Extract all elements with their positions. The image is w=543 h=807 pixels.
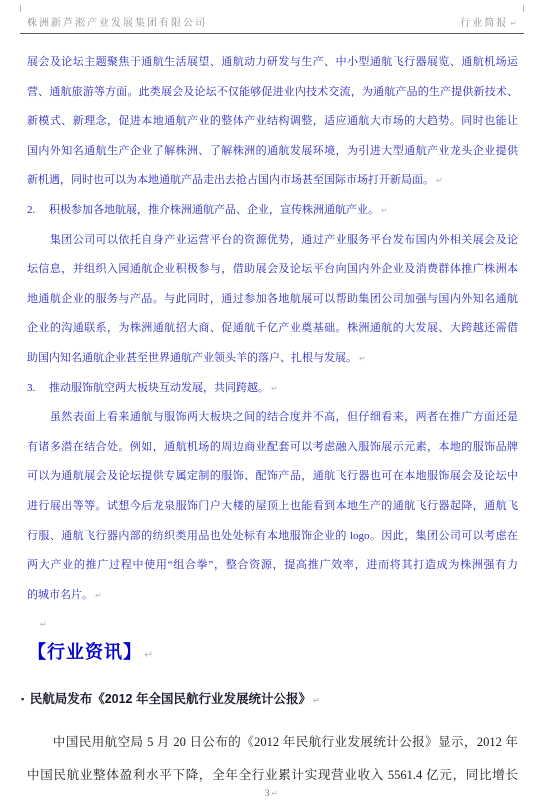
paragraph-mark: ↵	[381, 206, 388, 215]
paragraph-mark: ↵	[40, 620, 47, 629]
text-line: 2. 积极参加各地航展，推介株洲通航产品、企业，宣传株洲通航产业。↵	[27, 196, 518, 226]
text-line: 中国民用航空局 5 月 20 日公布的《2012 年民航行业发展统计公报》显示，…	[27, 726, 518, 759]
section-heading-text: 【行业资讯】	[28, 642, 142, 662]
header-label-text: 行业简报	[460, 18, 508, 29]
text-line: 坛信息，并组织入园通航企业积极参与，借助展会及论坛平台向国内外企业及消费群体推广…	[27, 255, 518, 285]
header-divider	[20, 33, 524, 34]
paragraph-mark: ↵	[313, 696, 320, 705]
crop-mark-top-right	[523, 5, 524, 12]
text-line: 可以为通航展会及论坛提供专属定制的服饰、配饰产品，通航飞行器也可在本地服饰展会及…	[27, 462, 518, 492]
text-line: 两大产业的推广过程中使用“组合拳”，整合资源，提高推广效率，进而将其打造成为株洲…	[27, 551, 518, 581]
text-line: 助国内知名通航企业甚至世界通航产业领头羊的落户、扎根与发展。↵	[27, 344, 518, 374]
news-headline: ▪ 民航局发布《2012 年全国民航行业发展统计公报》↵	[21, 691, 519, 709]
text-line: 进行展出等等。试想今后龙泉服饰门户大楼的屋顶上也能看到本地生产的通航飞行器起降，…	[27, 492, 518, 522]
text-line: 新模式、新理念，促进本地通航产业的整体产业结构调整，适应通航大市场的大趋势。同时…	[27, 107, 518, 137]
text-line: 虽然表面上看来通航与服饰两大板块之间的结合度并不高，但仔细看来，两者在推广方面还…	[27, 403, 518, 433]
page-header: 株洲新芦淞产业发展集团有限公司 行业简报↵	[27, 14, 519, 29]
document-page: 株洲新芦淞产业发展集团有限公司 行业简报↵ 展会及论坛主题聚焦于通航生活展望、通…	[0, 0, 543, 807]
paragraph-mark: ↵	[144, 648, 154, 661]
text-line: 营、通航旅游等方面。此类展会及论坛不仅能够促进业内技术交流，为通航产品的生产提供…	[27, 78, 518, 108]
header-company-name: 株洲新芦淞产业发展集团有限公司	[27, 14, 207, 29]
text-line: 展会及论坛主题聚焦于通航生活展望、通航动力研发与生产、中小型通航飞行器展览、通航…	[27, 48, 518, 78]
text-line: 地通航企业的服务与产品。与此同时，通过参加各地航展可以帮助集团公司加强与国内外知…	[27, 285, 518, 315]
text-line: 行服、通航飞行器内部的纺织类用品也处处标有本地服饰企业的 logo。因此，集团公…	[27, 522, 518, 552]
main-text-block: 展会及论坛主题聚焦于通航生活展望、通航动力研发与生产、中小型通航飞行器展览、通航…	[27, 48, 518, 640]
news-headline-text: 民航局发布《2012 年全国民航行业发展统计公报》	[30, 692, 311, 706]
text-line: 新机遇，同时也可以为本地通航产品走出去抢占国内市场甚至国际市场打开新局面。↵	[27, 166, 518, 196]
bullet-icon: ▪	[21, 694, 24, 704]
crop-mark-top-left	[20, 5, 21, 12]
paragraph-mark: ↵	[359, 354, 366, 363]
header-report-label: 行业简报↵	[460, 14, 519, 29]
text-line: 企业的沟通联系，为株洲通航招大商、促通航千亿产业奠基础。株洲通航的大发展、大跨越…	[27, 314, 518, 344]
text-line: 3. 推动服饰航空两大板块互动发展，共同跨越。↵	[27, 374, 518, 404]
text-line: 集团公司可以依托自身产业运营平台的资源优势，通过产业服务平台发布国内外相关展会及…	[27, 226, 518, 256]
paragraph-mark: ↵	[510, 19, 519, 28]
paragraph-mark: ↵	[272, 789, 279, 798]
section-heading: 【行业资讯】↵	[28, 639, 154, 668]
page-number: 3	[265, 789, 270, 799]
text-line: 的城市名片。↵	[27, 581, 518, 611]
article-text-block: 中国民用航空局 5 月 20 日公布的《2012 年民航行业发展统计公报》显示，…	[27, 726, 518, 792]
paragraph-mark: ↵	[95, 591, 102, 600]
paragraph-mark: ↵	[271, 384, 278, 393]
text-line: 中国民航业整体盈利水平下降，全年全行业累计实现营业收入 5561.4 亿元，同比…	[27, 759, 518, 792]
text-line: 国内外知名通航生产企业了解株洲、了解株洲的通航发展环境，为引进大型通航产业龙头企…	[27, 137, 518, 167]
page-footer: 3↵	[0, 789, 543, 799]
paragraph-mark: ↵	[436, 176, 443, 185]
text-line: 有诸多潜在结合处。例如，通航机场的周边商业配套可以考虑融入服饰展示元素，本地的服…	[27, 433, 518, 463]
text-line: ↵	[27, 610, 518, 640]
